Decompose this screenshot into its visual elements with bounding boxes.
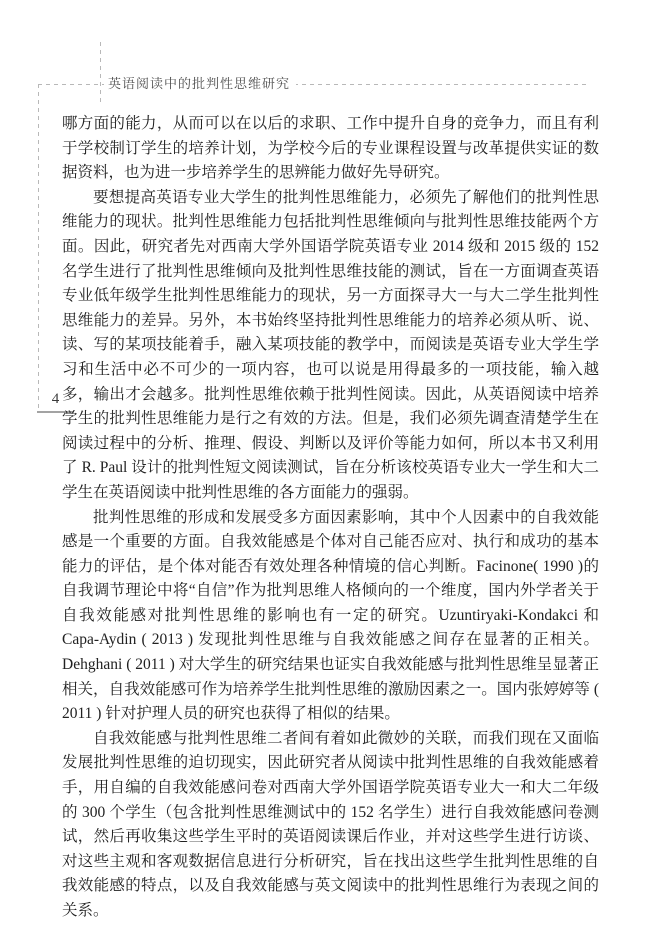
paragraph: 自我效能感与批判性思维二者间有着如此微妙的关联，而我们现在又面临发展批判性思维的… bbox=[62, 727, 599, 924]
page-body: 哪方面的能力，从而可以在以后的求职、工作中提升自身的竞争力，而且有利于学校制订学… bbox=[62, 112, 599, 924]
header-vertical-dashed-line bbox=[100, 42, 101, 102]
paragraph: 批判性思维的形成和发展受多方面因素影响，其中个人因素中的自我效能感是一个重要的方… bbox=[62, 506, 599, 727]
book-page: 英语阅读中的批判性思维研究 4 哪方面的能力，从而可以在以后的求职、工作中提升自… bbox=[0, 0, 661, 925]
paragraph: 要想提高英语专业大学生的批判性思维能力，必须先了解他们的批判性思维能力的现状。批… bbox=[62, 186, 599, 506]
margin-vertical-dashed-line bbox=[38, 84, 39, 412]
paragraph-continued: 哪方面的能力，从而可以在以后的求职、工作中提升自身的竞争力，而且有利于学校制订学… bbox=[62, 112, 599, 186]
running-header-title: 英语阅读中的批判性思维研究 bbox=[104, 76, 296, 92]
